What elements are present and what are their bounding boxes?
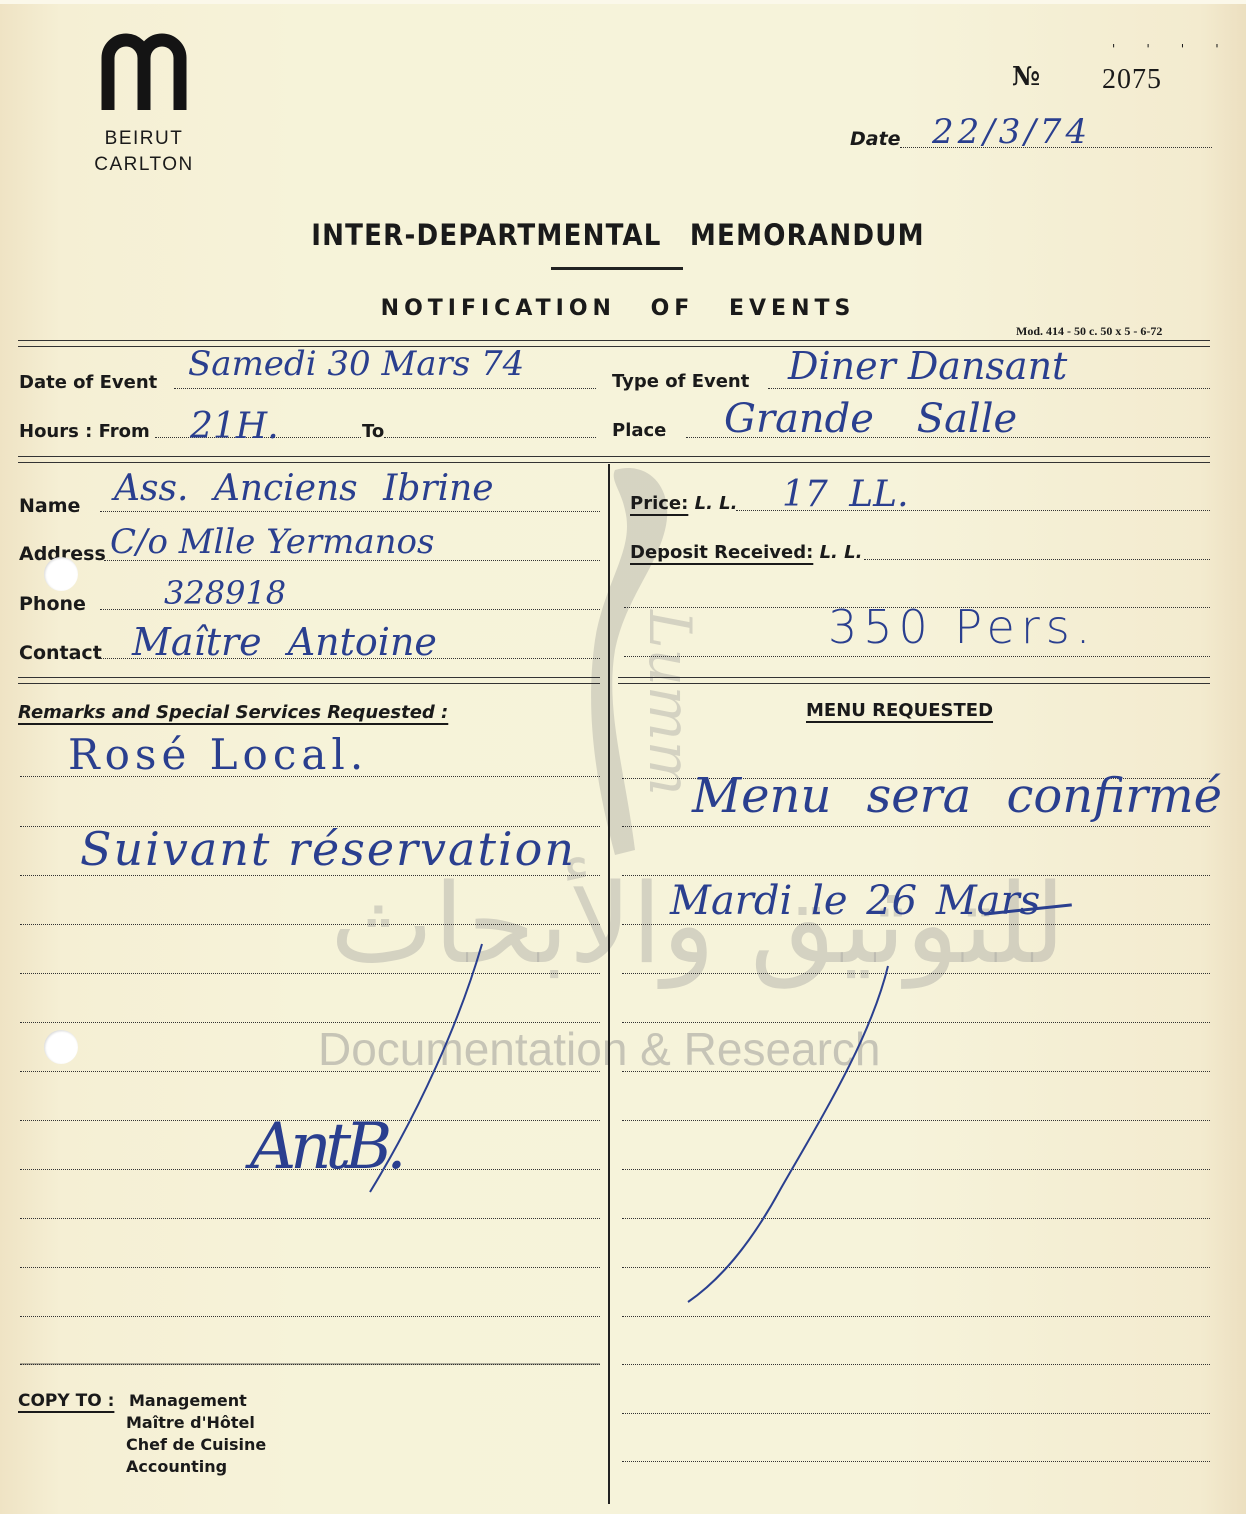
contact-label: Contact — [19, 642, 102, 664]
divider-client-right — [618, 677, 1210, 684]
deposit-label: Deposit Received: L. L. — [630, 542, 862, 563]
price-label-text: Price: — [630, 493, 688, 514]
date-field[interactable]: 22/3/74 — [932, 112, 1091, 152]
deposit-currency: L. L. — [820, 542, 863, 563]
strike-slash-left-icon — [360, 940, 490, 1200]
punch-hole — [44, 557, 78, 591]
type-of-event-line — [768, 388, 1210, 389]
remarks-line — [20, 1071, 600, 1072]
type-of-event-field[interactable]: Diner Dansant — [788, 344, 1067, 388]
divider-bottom-left — [20, 1363, 600, 1365]
price-currency: L. L. — [695, 493, 738, 514]
date-label: Date — [850, 128, 901, 150]
hours-to-label: To — [362, 421, 384, 442]
form-code: Mod. 414 - 50 c. 50 x 5 - 6-72 — [1016, 324, 1162, 339]
copy-recipient: Maître d'Hôtel — [126, 1412, 255, 1435]
divider-client-left — [18, 677, 600, 684]
remarks-line — [20, 1022, 600, 1023]
menu-line-2[interactable]: Mardi le 26 Mars — [670, 878, 1040, 924]
name-line — [100, 511, 600, 512]
price-field[interactable]: 17 LL. — [782, 474, 909, 515]
menu-line — [622, 1461, 1210, 1462]
name-field[interactable]: Ass. Anciens Ibrine — [114, 468, 494, 509]
menu-line — [622, 875, 1210, 876]
date-of-event-line — [174, 388, 596, 389]
copy-recipient: Chef de Cuisine — [126, 1434, 266, 1457]
menu-line — [622, 1364, 1210, 1365]
punch-hole — [44, 1030, 78, 1064]
paper-top-edge — [0, 0, 1246, 4]
remarks-line — [20, 1316, 600, 1317]
menu-line — [622, 1413, 1210, 1414]
remarks-line — [20, 1218, 600, 1219]
guest-count-field[interactable]: 350 Pers. — [828, 600, 1096, 654]
remarks-line — [20, 973, 600, 974]
date-of-event-field[interactable]: Samedi 30 Mars 74 — [188, 344, 524, 384]
deposit-line — [864, 559, 1210, 560]
deposit-label-text: Deposit Received: — [630, 542, 813, 563]
brand-line-2: CARLTON — [60, 154, 228, 176]
perforation-marks: ' ' ' ' — [1110, 42, 1231, 56]
beirut-carlton-logo-icon — [104, 30, 184, 110]
date-of-event-label: Date of Event — [19, 372, 157, 393]
remarks-label: Remarks and Special Services Requested : — [18, 702, 448, 723]
contact-field[interactable]: Maître Antoine — [132, 620, 437, 664]
divider-event — [18, 456, 1210, 463]
price-label: Price: L. L. — [630, 493, 738, 514]
menu-label: MENU REQUESTED — [806, 700, 993, 721]
address-field[interactable]: C/o Mlle Yermanos — [110, 522, 434, 562]
page-title: INTER-DEPARTMENTAL MEMORANDUM — [0, 218, 1236, 252]
menu-line-1[interactable]: Menu sera confirmé — [692, 768, 1222, 824]
title-underline — [551, 267, 683, 270]
memo-number: 2075 — [1102, 64, 1162, 96]
copy-recipient: Accounting — [126, 1456, 227, 1479]
menu-line — [622, 1316, 1210, 1317]
brand-line-1: BEIRUT — [60, 128, 228, 150]
menu-line — [622, 924, 1210, 925]
hours-from-field[interactable]: 21H. — [190, 406, 279, 447]
copy-recipient: Management — [129, 1390, 247, 1413]
page-subtitle: NOTIFICATION OF EVENTS — [0, 296, 1236, 321]
name-label: Name — [19, 495, 80, 517]
extra-line-2 — [624, 656, 1210, 657]
strike-slash-right-icon — [680, 960, 900, 1310]
remarks-line — [20, 1267, 600, 1268]
type-of-event-label: Type of Event — [612, 371, 749, 392]
column-divider — [608, 464, 610, 1504]
menu-line — [622, 826, 1210, 827]
place-field[interactable]: Grande Salle — [724, 396, 1017, 442]
hours-to-line — [384, 437, 596, 438]
place-label: Place — [612, 420, 666, 441]
remarks-line-2[interactable]: Suivant réservation — [80, 822, 576, 876]
remarks-line — [20, 924, 600, 925]
copy-to-label: COPY TO : — [18, 1390, 114, 1413]
phone-label: Phone — [19, 593, 86, 615]
hours-from-label: Hours : From — [19, 421, 150, 442]
phone-field[interactable]: 328918 — [164, 574, 286, 612]
number-label: № — [1012, 62, 1040, 92]
remarks-line-1[interactable]: Rosé Local. — [68, 730, 368, 779]
